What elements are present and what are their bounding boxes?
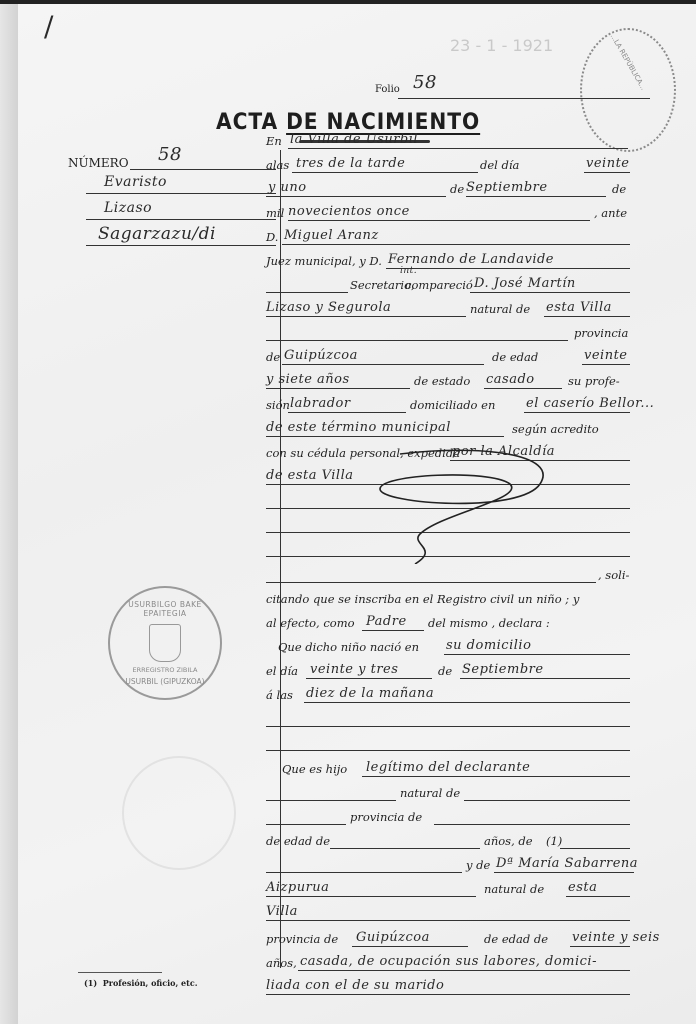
handwritten-entry-l4-value: novecientos once [288,204,410,219]
printed-label-l26-mid: y de [466,858,490,872]
printed-label-l12-mid: domiciliado en [410,398,495,412]
printed-label-l25-prefix: de edad de [266,834,330,848]
printed-label-l18-mid: del mismo , declara : [428,616,550,630]
handwritten-entry-l27-end: esta [568,880,597,895]
printed-label-l10-prefix: de [266,350,280,364]
printed-label-l20-mid: de [438,664,452,678]
left-line-2 [86,219,276,220]
handwritten-entry-l18-value: Padre [366,614,407,629]
form-rule-line [470,292,630,293]
form-rule-line [266,896,476,897]
form-rule-line [464,800,630,801]
footnote-text: Profesión, oficio, etc. [103,978,198,988]
top-right-seal-text: ...LA REPÚBLICA... [602,20,655,104]
form-rule-line [266,994,630,995]
handwritten-entry-l10-value: Guipúzcoa [284,348,358,363]
form-rule-line [266,824,346,825]
left-line-1 [86,193,276,194]
folio-line [398,98,650,99]
printed-label-l3-end: de [612,182,626,196]
handwritten-entry-l31-value: liada con el de su marido [266,978,444,993]
form-rule-line [266,388,410,389]
handwritten-entry-l7-value: D. José Martín [474,276,576,291]
printed-label-l2-prefix: alas [266,158,289,172]
registry-seal-bottom-text: USURBIL (GIPUZKOA) [110,677,220,686]
handwritten-entry-l10-end: veinte [584,348,628,363]
form-rule-line [524,412,630,413]
faint-date-stamp: 23 - 1 - 1921 [450,36,553,55]
form-rule-line [298,970,630,971]
handwritten-entry-l11-value: y siete años [266,372,350,387]
left-line-3 [86,245,276,246]
handwritten-entry-l28-value: Villa [266,904,298,919]
form-rule-line [460,678,630,679]
handwritten-entry-l15-value: de esta Villa [266,468,354,483]
printed-label-l16-end: , soli- [598,568,629,582]
printed-label-l4-prefix: mil [266,206,284,220]
handwritten-entry-l8-value: Lizaso y Segurola [266,300,391,315]
printed-label-l13-end: según acredito [512,422,599,436]
printed-label-l11-mid: de estado [414,374,470,388]
printed-label-l1-prefix: En [266,134,282,148]
form-rule-line [266,800,396,801]
numero-line [130,169,276,170]
printed-label-l18-prefix: al efecto, como [266,616,355,630]
handwritten-entry-l27-value: Aizpurua [266,880,329,895]
registry-seal-top-text: USURBILGO BAKE EPAITEGIA [110,600,220,618]
form-rule-line [570,946,630,947]
printed-label-l23-mid: natural de [400,786,460,800]
footnote: (1) Profesión, oficio, etc. [84,978,198,988]
footnote-marker: (1) [84,978,97,988]
child-given-name: Evaristo [104,174,167,190]
registry-seal-mid-text: ERREGISTRO ZIBILA [110,666,220,674]
form-rule-line [466,196,606,197]
handwritten-entry-l13-value: de este término municipal [266,420,451,435]
form-rule-line [288,220,590,221]
handwritten-entry-l21-value: diez de la mañana [306,686,434,701]
form-rule-line [266,872,462,873]
form-rule-line [266,582,596,583]
coat-of-arms-icon [149,624,181,662]
form-rule-line [434,824,630,825]
handwritten-entry-l8-end: esta Villa [546,300,612,315]
handwritten-insertion: int. [400,266,417,276]
form-rule-line [560,848,630,849]
printed-label-l5-prefix: D. [266,230,278,244]
printed-label-l8-mid: natural de [470,302,530,316]
form-rule-line [282,364,484,365]
printed-label-l12-prefix: sión [266,398,290,412]
numero-value: 58 [158,144,182,165]
form-rule-line [266,436,504,437]
scan-left-edge [0,4,20,1024]
child-surname-2: Sagarzazu/di [98,224,216,244]
printed-label-l22-prefix: Que es hijo [282,762,347,776]
form-rule-line [266,726,630,727]
birth-certificate-page: / 23 - 1 - 1921 ...LA REPÚBLICA... Folio… [18,4,696,1024]
form-rule-line [288,412,406,413]
printed-label-l9-end: provincia [574,326,628,340]
handwritten-entry-l1-value: la Villa de Usurbil [290,132,418,147]
printed-label-l25-note: (1) [546,834,562,848]
handwritten-entry-l19-value: su domicilio [446,638,531,653]
form-rule-line [292,172,478,173]
form-rule-line [266,340,568,341]
printed-label-l19-prefix: Que dicho niño nació en [278,640,419,654]
printed-label-l21-prefix: á las [266,688,293,702]
handwritten-entry-l2-end: veinte [586,156,630,171]
form-rule-line [484,388,562,389]
printed-label-l11-end: su profe- [568,374,620,388]
form-rule-line [494,872,634,873]
title-acta: ACTA [216,110,286,135]
handwritten-entry-l11-value2: casado [486,372,535,387]
form-rule-line [582,364,630,365]
printed-label-l24-mid: provincia de [350,810,422,824]
printed-label-l25-mid: años, de [484,834,533,848]
form-rule-line [266,920,630,921]
form-rule-line [330,848,480,849]
form-rule-line [266,292,348,293]
printed-label-l6-prefix: Juez municipal, y D. [266,254,382,268]
form-rule-line [544,316,630,317]
handwritten-entry-l12-end: el caserío Bellor... [526,396,654,411]
registry-seal-stamp: USURBILGO BAKE EPAITEGIA ERREGISTRO ZIBI… [108,586,222,700]
printed-label-l29-mid: de edad de [484,932,548,946]
handwritten-entry-l29-value: Guipúzcoa [356,930,430,945]
cancellation-squiggle [360,444,620,564]
handwritten-entry-l5-value: Miguel Aranz [284,228,379,243]
folio-label: Folio [375,84,400,95]
handwritten-entry-l30-value: casada, de ocupación sus labores, domici… [300,954,597,969]
handwritten-entry-l3-value: y uno [268,180,307,195]
faint-seal-stamp [122,756,236,870]
handwritten-entry-l29-end: veinte y seis [572,930,660,945]
handwritten-entry-l2-value: tres de la tarde [296,156,405,171]
handwritten-entry-l20-month: Septiembre [462,662,544,677]
handwritten-entry-l6-value: Fernando de Landavide [388,252,554,267]
form-rule-line [362,630,424,631]
printed-label-l30-prefix: años, [266,956,297,970]
folio-value: 58 [413,72,437,93]
handwritten-entry-l20-value: veinte y tres [310,662,398,677]
form-rule-line [352,946,468,947]
child-surname-1: Lizaso [104,200,152,216]
numero-label: NÚMERO [68,156,129,170]
form-rule-line [444,654,630,655]
printed-label-l7-mid2: compareció [405,278,473,292]
printed-label-l4-end: , ante [594,206,627,220]
form-rule-line [306,678,432,679]
handwritten-entry-l12-value: labrador [290,396,351,411]
form-rule-line [266,316,466,317]
printed-label-l17-text: citando que se inscriba en el Registro c… [266,592,579,606]
handwritten-entry-l26-value: Dª María Sabarrena [496,856,638,871]
form-rule-line [288,148,628,149]
printed-label-l2-mid: del día [480,158,519,172]
margin-tick-mark: / [44,10,54,43]
printed-label-l3-mid: de [450,182,464,196]
printed-label-l10-mid: de edad [492,350,538,364]
form-rule-line [266,196,446,197]
form-rule-line [386,268,630,269]
form-rule-line [304,702,630,703]
top-right-seal-stamp: ...LA REPÚBLICA... [580,28,676,152]
handwritten-entry-l3-month: Septiembre [466,180,548,195]
form-rule-line [266,750,630,751]
printed-label-l27-mid: natural de [484,882,544,896]
form-rule-line [584,172,630,173]
printed-label-l20-prefix: el día [266,664,298,678]
printed-label-l29-prefix: provincia de [266,932,338,946]
form-rule-line [362,776,630,777]
handwritten-entry-l22-value: legítimo del declarante [366,760,530,775]
form-rule-line [566,896,630,897]
form-rule-line [282,244,630,245]
footnote-rule [78,972,162,973]
